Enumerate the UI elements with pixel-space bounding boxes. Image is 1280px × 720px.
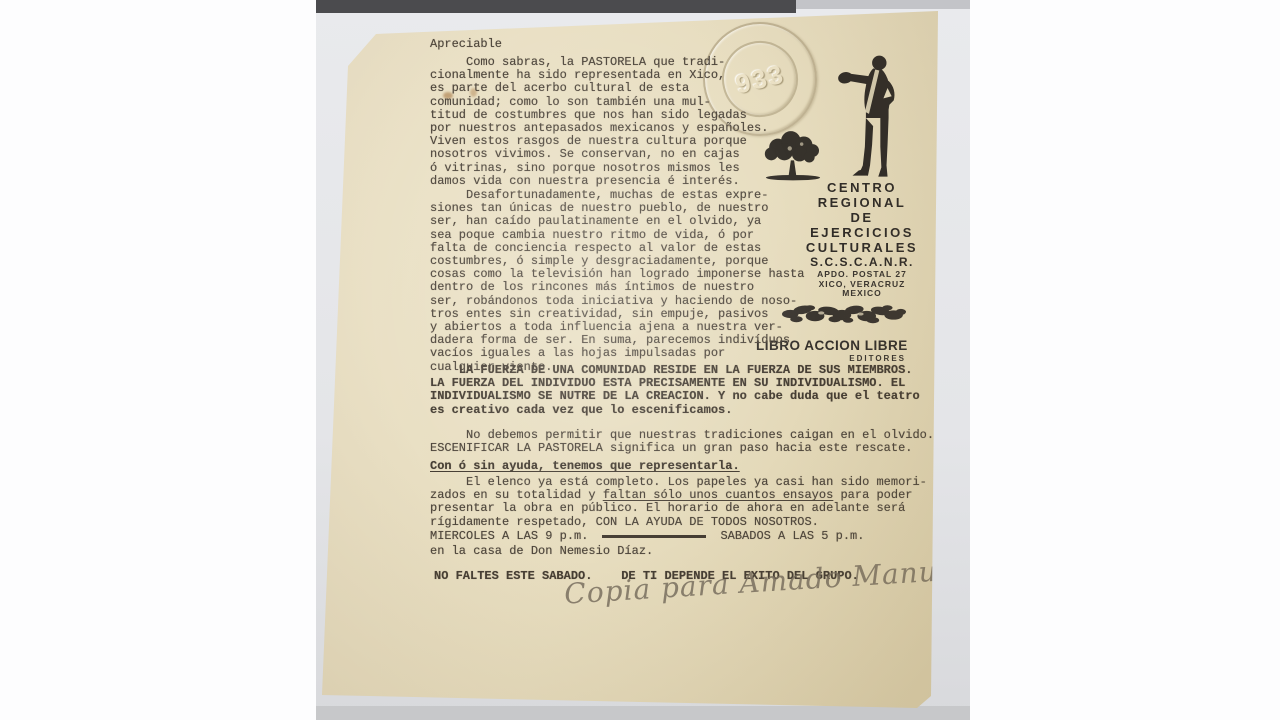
paragraph-rescue: No debemos permitir que nuestras tradici…	[430, 429, 934, 455]
tree-icon	[760, 130, 826, 182]
paragraph-cast: El elenco ya está completo. Los papeles …	[430, 476, 927, 529]
paragraph-lament: Desafortunadamente, muchas de estas expr…	[430, 189, 804, 374]
paragraph-intro: Como sabras, la PASTORELA que tradi- cio…	[430, 56, 768, 188]
paragraph-community-strength: LA FUERZA DE UNA COMUNIDAD RESIDE EN LA …	[430, 364, 920, 417]
cast-line2-pre: zados en su totalidad y	[430, 488, 603, 502]
schedule-divider-line	[602, 535, 706, 538]
table-bottom-shade	[316, 706, 970, 720]
cast-line2-post: para poder	[833, 488, 912, 502]
handwritten-note: Copia para Amado Manuel	[563, 554, 944, 610]
cast-rest: presentar la obra en público. El horario…	[430, 501, 905, 528]
table-edge-light	[796, 0, 970, 9]
schedule-wednesday: MIERCOLES A LAS 9 p.m.	[430, 530, 588, 543]
rehearsal-schedule: MIERCOLES A LAS 9 p.m. SABADOS A LAS 5 p…	[430, 530, 864, 543]
salutation: Apreciable	[430, 38, 502, 51]
underlined-callout: Con ó sin ayuda, tenemos que representar…	[430, 460, 740, 473]
document-paper: 933 CENTRO REGIONAL DE	[312, 8, 946, 712]
table-edge-dark	[316, 0, 796, 13]
schedule-location: en la casa de Don Nemesio Díaz.	[430, 545, 653, 558]
cast-line1: El elenco ya está completo. Los papeles …	[430, 475, 927, 489]
man-silhouette-icon	[836, 52, 902, 188]
cast-line2-underlined: faltan sólo unos cuantos ensayos	[603, 488, 833, 502]
schedule-saturday: SABADOS A LAS 5 p.m.	[720, 530, 864, 543]
